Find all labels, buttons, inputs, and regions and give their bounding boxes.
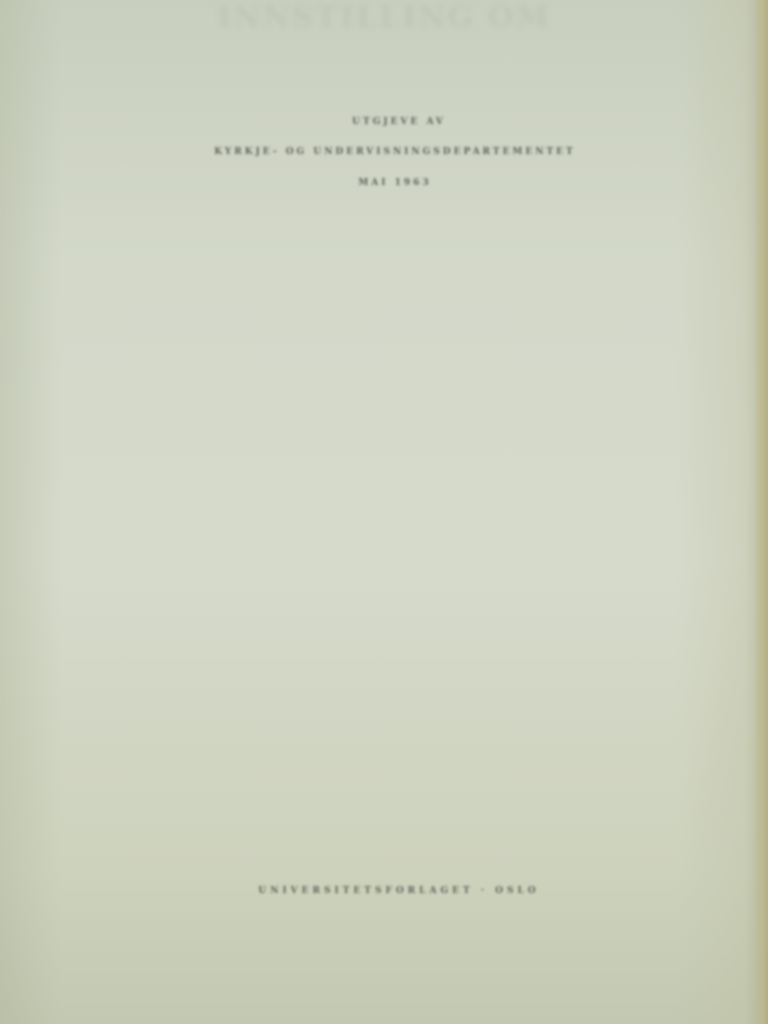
- faded-top-title: INNSTILLING OM: [0, 0, 768, 35]
- document-page: INNSTILLING OM UTGJEVE AV KYRKJE- OG UND…: [0, 0, 768, 1024]
- publisher-imprint: UNIVERSITETSFORLAGET · OSLO: [30, 886, 768, 896]
- page-edge: [754, 0, 768, 1024]
- publication-date: MAI 1963: [22, 178, 768, 188]
- issued-by-label: UTGJEVE AV: [30, 117, 768, 127]
- issuer-name: KYRKJE- OG UNDERVISNINGSDEPARTEMENTET: [22, 147, 768, 157]
